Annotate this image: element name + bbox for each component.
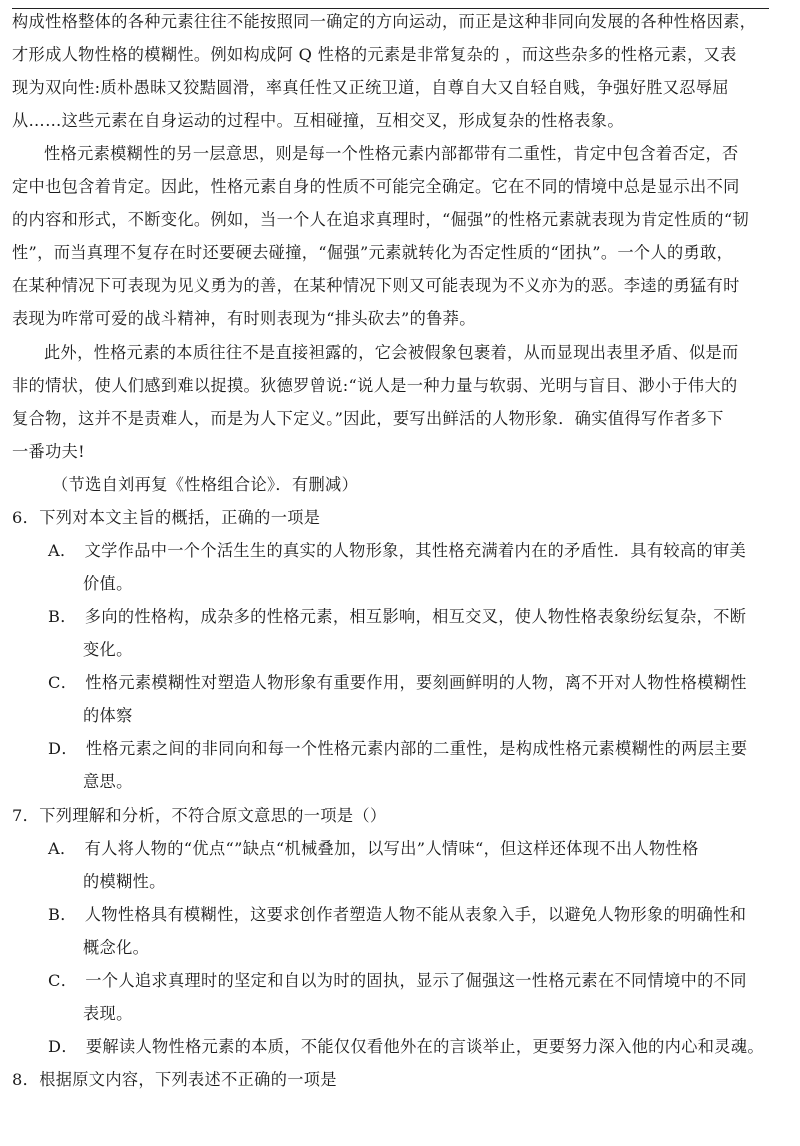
passage-line: 定中也包含着肯定。因此，性格元素自身的性质不可能完全确定。它在不同的情境中总是显…	[12, 175, 740, 199]
question-6-option-c[interactable]: C．性格元素模糊性对塑造人物形象有重要作用，要刻画鲜明的人物，离不开对人物性格模…	[48, 671, 747, 695]
question-6-option-b[interactable]: B．多向的性格构，成杂多的性格元素，相互影响，相互交叉，使人物性格表象纷纭复杂，…	[48, 605, 746, 629]
option-letter: A．	[48, 539, 77, 563]
option-text: 有人将人物的“优点“”缺点“机械叠加，以写出”人情味“，但这样还体现不出人物性格	[85, 839, 699, 858]
question-7-option-d[interactable]: D．要解读人物性格元素的本质，不能仅仅看他外在的言谈举止，更要努力深入他的内心和…	[48, 1035, 764, 1059]
question-8-stem: 8．根据原文内容，下列表述不正确的一项是	[12, 1068, 337, 1092]
option-continuation: 变化。	[83, 638, 133, 662]
question-7-option-a[interactable]: A．有人将人物的“优点“”缺点“机械叠加，以写出”人情味“，但这样还体现不出人物…	[48, 837, 699, 861]
question-7-option-b[interactable]: B．人物性格具有模糊性，这要求创作者塑造人物不能从表象入手，以避免人物形象的明确…	[48, 903, 746, 927]
option-text: 一个人追求真理时的坚定和自以为时的固执，显示了倔强这一性格元素在不同情境中的不同	[85, 971, 747, 990]
question-number: 6．	[12, 506, 39, 530]
option-continuation: 概念化。	[83, 936, 149, 960]
passage-line: 非的情状，使人们感到难以捉摸。狄德罗曾说:“说人是一种力量与软弱、光明与盲目、渺…	[12, 374, 738, 398]
option-text: 性格元素模糊性对塑造人物形象有重要作用，要刻画鲜明的人物，离不开对人物性格模糊性	[85, 673, 747, 692]
option-text: 多向的性格构，成杂多的性格元素，相互影响，相互交叉，使人物性格表象纷纭复杂，不断	[85, 607, 747, 626]
option-letter: B．	[48, 605, 77, 629]
exam-page: 构成性格整体的各种元素往往不能按照同一确定的方向运动，而正是这种非同向发展的各种…	[0, 0, 800, 1146]
passage-line: 构成性格整体的各种元素往往不能按照同一确定的方向运动，而正是这种非同向发展的各种…	[12, 10, 756, 34]
option-text: 要解读人物性格元素的本质，不能仅仅看他外在的言谈举止，更要努力深入他的内心和灵魂…	[86, 1037, 764, 1056]
question-7-stem: 7．下列理解和分析，不符合原文意思的一项是（）	[12, 804, 386, 828]
option-letter: D．	[48, 737, 78, 761]
option-letter: B．	[48, 903, 77, 927]
question-6-option-d[interactable]: D．性格元素之间的非同向和每一个性格元素内部的二重性，是构成性格元素模糊性的两层…	[48, 737, 747, 761]
passage-line: 的内容和形式，不断变化。例如，当一个人在追求真理时，“倔强”的性格元素就表现为肯…	[12, 208, 749, 232]
option-continuation: 意思。	[83, 770, 133, 794]
top-rule-divider	[12, 8, 769, 9]
option-continuation: 价值。	[83, 572, 133, 596]
passage-source: （节选自刘再复《性格组合论》．有删减）	[52, 473, 358, 497]
option-text: 性格元素之间的非同向和每一个性格元素内部的二重性，是构成性格元素模糊性的两层主要	[86, 739, 748, 758]
question-7-option-c[interactable]: C．一个人追求真理时的坚定和自以为时的固执，显示了倔强这一性格元素在不同情境中的…	[48, 969, 747, 993]
passage-line: 此外，性格元素的本质往往不是直接袒露的，它会被假象包裹着，从而显现出表里矛盾、似…	[44, 341, 739, 365]
option-text: 文学作品中一个个活生生的真实的人物形象，其性格充满着内在的矛盾性．具有较高的审美	[85, 541, 747, 560]
option-continuation: 的体察	[83, 704, 133, 728]
question-6-option-a[interactable]: A．文学作品中一个个活生生的真实的人物形象，其性格充满着内在的矛盾性．具有较高的…	[48, 539, 746, 563]
passage-line: 现为双向性:质朴愚昧又狡黠圆滑，率真任性又正统卫道，自尊自大又自轻自贱，争强好胜…	[12, 76, 729, 100]
option-letter: D．	[48, 1035, 78, 1059]
question-text: 根据原文内容，下列表述不正确的一项是	[39, 1070, 337, 1089]
option-letter: C．	[48, 671, 77, 695]
passage-line: 性格元素模糊性的另一层意思，则是每一个性格元素内部都带有二重性，肯定中包含着否定…	[44, 142, 739, 166]
passage-line: 复合物，这并不是责难人，而是为人下定义。”因此，要写出鲜活的人物形象．确实值得写…	[12, 407, 724, 431]
passage-line: 表现为咋常可爱的战斗精神，有时则表现为“排头砍去”的鲁莽。	[12, 307, 476, 331]
option-text: 人物性格具有模糊性，这要求创作者塑造人物不能从表象入手，以避免人物形象的明确性和	[85, 905, 747, 924]
question-number: 8．	[12, 1068, 39, 1092]
question-text: 下列理解和分析，不符合原文意思的一项是（）	[39, 806, 386, 825]
passage-line: 从……这些元素在自身运动的过程中。互相碰撞，互相交叉，形成复杂的性格表象。	[12, 109, 624, 133]
question-number: 7．	[12, 804, 39, 828]
question-6-stem: 6．下列对本文主旨的概括，正确的一项是	[12, 506, 320, 530]
option-continuation: 表现。	[83, 1002, 133, 1026]
option-letter: C．	[48, 969, 77, 993]
option-letter: A．	[48, 837, 77, 861]
question-text: 下列对本文主旨的概括，正确的一项是	[39, 508, 320, 527]
passage-line: 在某种情况下可表现为见义勇为的善，在某种情况下则又可能表现为不义亦为的恶。李逵的…	[12, 274, 740, 298]
option-continuation: 的模糊性。	[83, 870, 166, 894]
passage-line: 一番功夫!	[12, 440, 85, 464]
passage-line: 才形成人物性格的模糊性。例如构成阿 Q 性格的元素是非常复杂的 ，而这些杂多的性…	[12, 43, 737, 67]
passage-line: 性”，而当真理不复存在时还要硬去碰撞，“倔强”元素就转化为否定性质的“团执”。一…	[12, 241, 733, 265]
